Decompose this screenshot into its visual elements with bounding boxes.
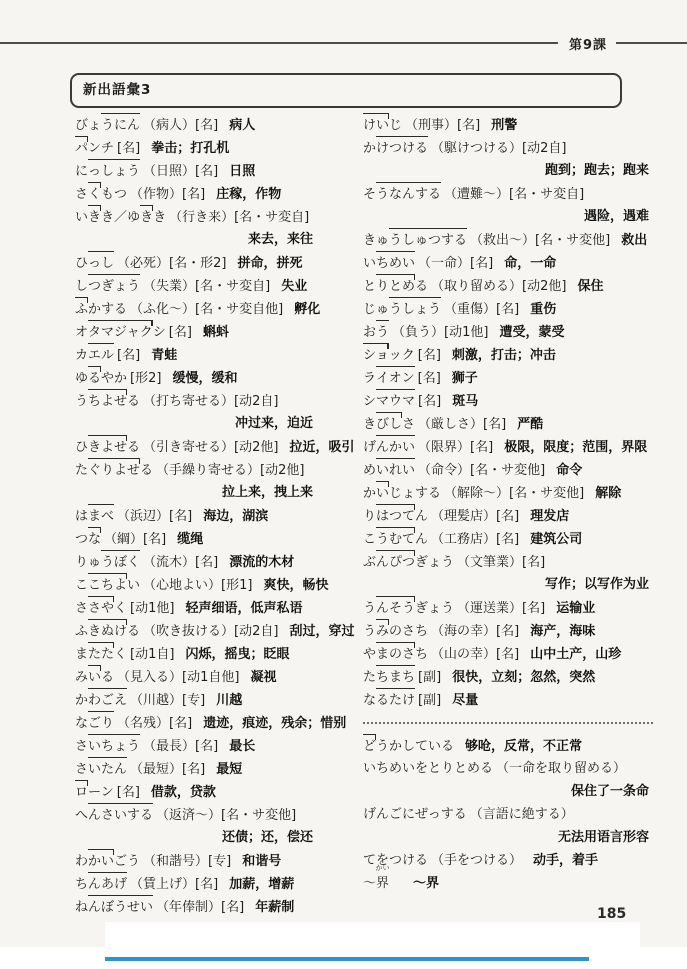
- vocab-annotation: [动1他]: [130, 601, 174, 616]
- kana: りゅ: [75, 551, 101, 574]
- vocab-headword: けいじ: [363, 118, 402, 133]
- vocab-entry: シマウマ[名]斑马: [363, 389, 675, 412]
- kana: う: [75, 390, 88, 413]
- accent-marked-kana: タマジャク: [88, 320, 153, 344]
- vocab-annotation: （救出～）[名・サ変他]: [470, 233, 610, 248]
- vocab-headword: またたく: [75, 647, 127, 662]
- vocab-annotation: [副]: [418, 693, 441, 708]
- kana: る: [127, 620, 140, 643]
- vocab-annotation: [副]: [418, 670, 441, 685]
- section-title-box: 新出語彙3: [70, 73, 622, 108]
- kana: ラ: [363, 367, 376, 390]
- vocab-annotation: （川越）[专]: [130, 693, 205, 708]
- vocab-entry: さくもつ（作物）[名]庄稼，作物: [75, 182, 375, 205]
- accent-marked-kana: きよせ: [88, 435, 127, 459]
- accent-marked-kana: い: [88, 665, 101, 689]
- vocab-headword: かいじょする: [363, 486, 441, 501]
- vocab-gloss: 遗迹，痕迹，残余；惜别: [203, 716, 346, 731]
- accent-marked-kana: うにん: [101, 113, 140, 137]
- vocab-annotation: （駆けつける）[动2自]: [431, 141, 566, 156]
- vocab-gloss: 海边，湖滨: [203, 509, 268, 524]
- vocab-gloss: ～界: [413, 876, 439, 891]
- vocab-headword: うちよせる: [75, 394, 140, 409]
- kana: な: [75, 712, 88, 735]
- vocab-headword: ～かい界: [363, 876, 402, 891]
- kana: ち: [415, 643, 428, 666]
- header-rule-right: [616, 42, 687, 44]
- vocab-entry: じゅうしょう（重傷）[名]重伤: [363, 297, 675, 320]
- vocab-entry: ローン[名]借款，贷款: [75, 780, 375, 803]
- vocab-gloss-continuation: 无法用语言形容: [363, 826, 649, 849]
- kana: そ: [363, 183, 376, 206]
- kana: げ: [363, 436, 376, 459]
- textbook-page: 第9課 新出語彙3 びょうにん（病人）[名]病人パンチ[名]拳击；打孔机にっしょ…: [0, 0, 687, 947]
- accent-marked-kana: ショ: [363, 343, 389, 367]
- vocab-annotation: （理髪店）[名]: [431, 509, 519, 524]
- vocab-gloss: 极限，限度；范围，界限: [504, 440, 647, 455]
- vocab-annotation: （手繰り寄せる）[动2他]: [156, 463, 304, 478]
- accent-marked-kana: こちよ: [88, 573, 127, 597]
- accent-marked-kana: るたけ: [376, 688, 415, 712]
- vocab-gloss: 刺激，打击；冲击: [452, 348, 556, 363]
- vocab-annotation: [动1自]: [130, 647, 174, 662]
- vocab-headword: じゅうしょう: [363, 302, 441, 317]
- vocab-entry: どうかしている够呛，反常，不正常: [363, 734, 675, 757]
- kana: さ: [402, 413, 415, 436]
- vocab-entry: かいじょする（解除～）[名・サ変他]解除: [363, 481, 675, 504]
- vocab-headword: びょうにん: [75, 118, 140, 133]
- kana: こ: [363, 528, 376, 551]
- vocab-entry: こうむてん（工務店）[名]建筑公司: [363, 527, 675, 550]
- kana: に: [75, 160, 88, 183]
- vocab-headword: うみのさち: [363, 624, 428, 639]
- vocab-gloss-continuation: 写作；以写作为业: [363, 573, 649, 596]
- vocab-annotation: （負う）[动1他]: [392, 325, 488, 340]
- kana: る: [127, 436, 140, 459]
- vocab-headword: ひきよせる: [75, 440, 140, 455]
- vocab-entry: ショック[名]刺激，打击；冲击: [363, 343, 675, 366]
- kana: シ: [153, 321, 166, 344]
- vocab-entry: そうなんする（遭難～）[名・サ変自]: [363, 182, 675, 205]
- vocab-entry: てをつける（手をつける）动手，着手: [363, 849, 675, 872]
- accent-marked-kana: わごえ: [88, 688, 127, 712]
- vocab-headword: うんそうぎょう: [363, 601, 454, 616]
- kana: な: [363, 689, 376, 712]
- kana: [389, 872, 402, 895]
- vocab-headword: シマウマ: [363, 394, 415, 409]
- vocab-entry: びょうにん（病人）[名]病人: [75, 113, 375, 136]
- kana: てをつける: [363, 849, 428, 872]
- accent-marked-kana: んぼうせい: [88, 895, 153, 919]
- kana: る: [127, 390, 140, 413]
- vocab-gloss: 保住: [577, 279, 603, 294]
- vocab-gloss: 运输业: [556, 601, 595, 616]
- vocab-annotation: （言語に絶する）: [470, 807, 574, 822]
- accent-marked-kana: んあげ: [88, 872, 127, 896]
- kana: さ: [75, 183, 88, 206]
- vocab-annotation: （行き来）[名・サ変自]: [169, 210, 309, 225]
- vocab-gloss: 斑马: [452, 394, 478, 409]
- vocab-headword: こうむてん: [363, 532, 428, 547]
- vocab-entry: ライオン[名]狮子: [363, 366, 675, 389]
- vocab-gloss: 川越: [216, 693, 242, 708]
- scan-blue-strip: [105, 957, 589, 961]
- vocab-headword: かけつける: [363, 141, 428, 156]
- kana: う: [363, 597, 376, 620]
- vocab-gloss: 孵化: [294, 302, 320, 317]
- accent-marked-kana: うしょう: [389, 297, 441, 321]
- kana: カ: [75, 344, 88, 367]
- vocab-gloss: 解除: [595, 486, 621, 501]
- vocab-annotation: （必死）[名・形2]: [117, 256, 226, 271]
- vocab-entry: げんかい（限界）[名]极限，限度；范围，界限: [363, 435, 675, 458]
- vocab-gloss: 缆绳: [177, 532, 203, 547]
- kana: ーン: [88, 781, 114, 804]
- vocab-entry: めいれい（命令）[名・サ変他]命令: [363, 458, 675, 481]
- vocab-annotation: （手をつける）: [431, 853, 522, 868]
- vocab-annotation: （引き寄せる）[动2他]: [143, 440, 278, 455]
- vocab-gloss: 最长: [229, 739, 255, 754]
- vocab-entry: パンチ[名]拳击；打孔机: [75, 136, 375, 159]
- vocab-headword: ささやく: [75, 601, 127, 616]
- vocab-entry: いちめい（一命）[名]命，一命: [363, 251, 675, 274]
- vocab-annotation: （綱）[名]: [104, 532, 166, 547]
- kana: か: [363, 137, 376, 160]
- vocab-annotation: （工務店）[名]: [431, 532, 519, 547]
- vocab-gloss: 刮过，穿过: [289, 624, 354, 639]
- vocab-gloss-continuation: 还债；还，偿还: [75, 826, 313, 849]
- accent-marked-kana: い: [376, 481, 389, 505]
- vocab-entry: つな（綱）[名]缆绳: [75, 527, 375, 550]
- vocab-gloss: 很快，立刻；忽然，突然: [452, 670, 595, 685]
- vocab-entry: うちよせる（打ち寄せる）[动2自]: [75, 389, 375, 412]
- vocab-entry: りはつてん（理髪店）[名]理发店: [363, 504, 675, 527]
- kana: ぎょう: [415, 597, 454, 620]
- accent-marked-kana: うなんする: [376, 182, 441, 206]
- kana: め: [363, 459, 376, 482]
- vocab-annotation: （一命を取り留める）: [496, 761, 626, 776]
- kana: き: [101, 206, 114, 229]
- accent-marked-kana: ちよせ: [88, 389, 127, 413]
- vocab-annotation: （吹き抜ける）[动2自]: [143, 624, 278, 639]
- vocab-headword: なごり: [75, 716, 114, 731]
- vocab-headword: めいれい: [363, 463, 415, 478]
- vocab-headword: しつぎょう: [75, 279, 140, 294]
- vocab-annotation: （病人）[名]: [143, 118, 218, 133]
- vocab-entry: ちんあげ（賃上げ）[名]加薪，增薪: [75, 872, 375, 895]
- vocab-headword: げんかい: [363, 440, 415, 455]
- vocab-entry: たぐりよせる（手繰り寄せる）[动2他]: [75, 458, 375, 481]
- vocab-headword: オタマジャクシ: [75, 325, 166, 340]
- kana: つ: [75, 528, 88, 551]
- vocab-headword: ふきぬける: [75, 624, 140, 639]
- accent-marked-kana: る: [88, 366, 101, 390]
- vocab-entry: ～かい界 ～界: [363, 872, 675, 895]
- kana: ん: [415, 528, 428, 551]
- vocab-headword: いちめいをとりとめる: [363, 761, 493, 776]
- vocab-annotation: （見入る）[动1自他]: [117, 670, 239, 685]
- accent-marked-kana: さや: [88, 596, 114, 620]
- accent-marked-kana: たた: [88, 642, 114, 666]
- kana: ～: [363, 872, 376, 895]
- accent-marked-kana: き: [88, 205, 101, 229]
- vocab-headword: ここちよい: [75, 578, 140, 593]
- vocab-annotation: （作物）[名]: [130, 187, 205, 202]
- vocab-entry: やまのさち（山の幸）[名]山中土产，山珍: [363, 642, 675, 665]
- vocab-annotation: （和諧号）[专]: [143, 854, 231, 869]
- vocab-gloss: 理发店: [530, 509, 569, 524]
- accent-marked-kana: んかい: [376, 435, 415, 459]
- kana: ふ: [75, 620, 88, 643]
- vocab-entry: ひっし（必死）[名・形2]拼命，拼死: [75, 251, 375, 274]
- vocab-entry: いちめいをとりとめる（一命を取り留める）: [363, 757, 675, 780]
- kana: のさち: [389, 620, 428, 643]
- kana: く: [114, 597, 127, 620]
- kana: う: [363, 620, 376, 643]
- vocab-annotation: （日照）[名]: [143, 164, 218, 179]
- kana: へ: [75, 804, 88, 827]
- vocab-gloss-continuation: 保住了一条命: [363, 780, 649, 803]
- vocab-gloss: 命，一命: [504, 256, 556, 271]
- vocab-gloss-continuation: 跑到；跑去；跑来: [363, 159, 649, 182]
- vocab-gloss: 庄稼，作物: [216, 187, 281, 202]
- vocab-headword: さくもつ: [75, 187, 127, 202]
- kana: た: [75, 459, 88, 482]
- vocab-annotation: （賃上げ）[名]: [130, 877, 218, 892]
- accent-marked-kana: んぴつ: [376, 550, 415, 574]
- vocab-gloss: 爽快，畅快: [263, 578, 328, 593]
- accent-marked-kana: な: [88, 527, 101, 551]
- kana: き: [153, 206, 166, 229]
- kana: る: [101, 666, 114, 689]
- accent-marked-kana: パ: [75, 136, 88, 160]
- vocab-annotation: （打ち寄せる）[动2自]: [143, 394, 278, 409]
- vocab-headword: いきき／ゆきき: [75, 210, 166, 225]
- kana: ゆ: [127, 206, 140, 229]
- accent-marked-kana: マウマ: [376, 389, 415, 413]
- kana: オ: [75, 321, 88, 344]
- kana: ひ: [75, 436, 88, 459]
- vocab-gloss: 狮子: [452, 371, 478, 386]
- vocab-gloss: 建筑公司: [530, 532, 582, 547]
- vocab-entry: とりとめる（取り留める）[动2他]保住: [363, 274, 675, 297]
- kana: わ: [75, 850, 88, 873]
- accent-marked-kana: びし: [376, 412, 402, 436]
- vocab-entry: きゅうしゅつする（救出～）[名・サ変他]救出: [363, 228, 675, 251]
- vocab-annotation: （解除～）[名・サ変他]: [444, 486, 584, 501]
- vocab-annotation: （一命）[名]: [418, 256, 493, 271]
- kana: じょする: [389, 482, 441, 505]
- kana: み: [75, 666, 88, 689]
- kana: や: [363, 643, 376, 666]
- kana: ック: [389, 344, 415, 367]
- kana: ち: [75, 873, 88, 896]
- vocab-gloss: 轻声细语，低声私语: [185, 601, 302, 616]
- vocab-headword: そうなんする: [363, 187, 441, 202]
- accent-marked-kana: ふ: [75, 297, 88, 321]
- vocab-gloss: 闪烁，摇曳；眨眼: [185, 647, 289, 662]
- vocab-entry: なごり（名残）[名]遗迹，痕迹，残余；惜别: [75, 711, 375, 734]
- vocab-gloss: 遭受，蒙受: [499, 325, 564, 340]
- vocab-gloss: 尽量: [452, 693, 478, 708]
- vocab-entry: ぶんぴつぎょう（文筆業）[名]: [363, 550, 675, 573]
- accent-marked-kana: ど: [363, 734, 376, 758]
- vocab-headword: カエル: [75, 348, 114, 363]
- vocab-headword: ふかする: [75, 302, 127, 317]
- kana: シ: [363, 390, 376, 413]
- vocab-entry: またたく[动1自]闪烁，摇曳；眨眼: [75, 642, 375, 665]
- kana: ね: [75, 896, 88, 919]
- vocab-headword: なるたけ: [363, 693, 415, 708]
- kana: く: [114, 643, 127, 666]
- accent-marked-kana: つぎょう: [88, 274, 140, 298]
- kana: か: [75, 689, 88, 712]
- kana: ンチ: [88, 137, 114, 160]
- accent-marked-kana: ちめい: [376, 251, 415, 275]
- vocab-gloss: 缓慢，缓和: [172, 371, 237, 386]
- accent-marked-kana: エル: [88, 343, 114, 367]
- vocab-gloss: 加薪，增薪: [229, 877, 294, 892]
- vocab-entry: にっしょう（日照）[名]日照: [75, 159, 375, 182]
- kanji-with-furigana: かい界: [376, 872, 389, 895]
- vocab-entry: ねんぼうせい（年俸制）[名]年薪制: [75, 895, 375, 918]
- kana: かする: [88, 298, 127, 321]
- vocab-headword: とりとめる: [363, 279, 428, 294]
- vocab-annotation: （山の幸）[名]: [431, 647, 519, 662]
- vocab-headword: てをつける: [363, 853, 428, 868]
- kana: か: [363, 482, 376, 505]
- vocab-annotation: （名残）[名]: [117, 716, 192, 731]
- kana: さ: [75, 758, 88, 781]
- kana: る: [415, 275, 428, 298]
- vocab-gloss: 日照: [229, 164, 255, 179]
- kana: さ: [75, 735, 88, 758]
- page-number: 185: [597, 906, 626, 922]
- vocab-headword: きゅうしゅつする: [363, 233, 467, 248]
- accent-marked-kana: き: [140, 205, 153, 229]
- kana: げんごにぜっする: [363, 803, 467, 826]
- kana: る: [140, 459, 153, 482]
- vocab-annotation: [名]: [418, 348, 441, 363]
- accent-marked-kana: んさいする: [88, 803, 153, 827]
- vocab-annotation: （最長）[名]: [143, 739, 218, 754]
- vocab-annotation: （刑事）[名]: [405, 118, 480, 133]
- vocab-gloss: 严酷: [517, 417, 543, 432]
- vocab-entry: ひきよせる（引き寄せる）[动2他]拉近，吸引: [75, 435, 375, 458]
- furigana: かい: [376, 865, 390, 872]
- section-title: 新出語彙3: [83, 75, 151, 106]
- accent-marked-kana: いれい: [376, 458, 415, 482]
- accent-marked-kana: かい: [88, 849, 114, 873]
- vocab-gloss: 青蛙: [151, 348, 177, 363]
- kana: り: [363, 505, 376, 528]
- vocab-entry: みいる（見入る）[动1自他]凝视: [75, 665, 375, 688]
- vocab-column-left: びょうにん（病人）[名]病人パンチ[名]拳击；打孔机にっしょう（日照）[名]日照…: [75, 113, 375, 918]
- vocab-annotation: （失業）[名・サ変自]: [143, 279, 270, 294]
- vocab-gloss: 病人: [229, 118, 255, 133]
- header-rule-left: [0, 42, 558, 44]
- vocab-entry: わかいごう（和諧号）[专]和谐号: [75, 849, 375, 872]
- vocab-annotation: [名]: [418, 394, 441, 409]
- vocab-entry: しつぎょう（失業）[名・サ変自]失业: [75, 274, 375, 297]
- vocab-headword: りゅうぼく: [75, 555, 140, 570]
- vocab-headword: はまべ: [75, 509, 114, 524]
- vocab-gloss: 最短: [216, 762, 242, 777]
- kana: じゅ: [363, 298, 389, 321]
- accent-marked-kana: きぬけ: [88, 619, 127, 643]
- accent-marked-kana: イオン: [376, 366, 415, 390]
- vocab-headword: ちんあげ: [75, 877, 127, 892]
- vocab-headword: きびしさ: [363, 417, 415, 432]
- vocab-annotation: （運送業）[名]: [457, 601, 545, 616]
- vocab-headword: ライオン: [363, 371, 415, 386]
- vocab-entry: へんさいする（返済～）[名・サ変他]: [75, 803, 375, 826]
- vocab-headword: おう: [363, 325, 389, 340]
- vocab-headword: どうかしている: [363, 739, 454, 754]
- accent-marked-kana: まのさ: [376, 642, 415, 666]
- vocab-annotation: （浜辺）[名]: [117, 509, 192, 524]
- vocab-entry: はまべ（浜辺）[名]海边，湖滨: [75, 504, 375, 527]
- vocab-entry: ささやく[动1他]轻声细语，低声私语: [75, 596, 375, 619]
- accent-marked-kana: うしゅつする: [389, 228, 467, 252]
- vocab-gloss: 重伤: [530, 302, 556, 317]
- kana: い: [75, 206, 88, 229]
- kana: きゅ: [363, 229, 389, 252]
- accent-marked-kana: っし: [88, 251, 114, 275]
- accent-marked-kana: いちょう: [88, 734, 140, 758]
- vocab-annotation: （取り留める）[动2他]: [431, 279, 566, 294]
- accent-marked-kana: りとめ: [376, 274, 415, 298]
- vocab-headword: ローン: [75, 785, 114, 800]
- vocab-annotation: [名]: [117, 348, 140, 363]
- kana: い: [127, 574, 140, 597]
- kana: ぶ: [363, 551, 376, 574]
- vocab-annotation: （ふ化～）[名・サ変自他]: [130, 302, 283, 317]
- vocab-annotation: [形2]: [130, 371, 161, 386]
- vocab-headword: たちまち: [363, 670, 415, 685]
- kana: もつ: [101, 183, 127, 206]
- kana: ん: [415, 505, 428, 528]
- vocab-annotation: （返済～）[名・サ変他]: [156, 808, 296, 823]
- vocab-annotation: [名]: [418, 371, 441, 386]
- vocab-gloss: 借款，贷款: [151, 785, 216, 800]
- accent-marked-kana: く: [88, 182, 101, 206]
- vocab-gloss-continuation: 拉上来，拽上来: [75, 481, 313, 504]
- vocab-gloss: 年薪制: [255, 900, 294, 915]
- vocab-annotation: （心地よい）[形1]: [143, 578, 252, 593]
- accent-marked-kana: ロ: [75, 780, 88, 804]
- vocab-gloss: 漂流的木材: [229, 555, 294, 570]
- vocab-entry: ここちよい（心地よい）[形1]爽快，畅快: [75, 573, 375, 596]
- vocab-headword: へんさいする: [75, 808, 153, 823]
- vocab-entry: きびしさ（厳しさ）[名]严酷: [363, 412, 675, 435]
- vocab-gloss: 动手，着手: [533, 853, 598, 868]
- accent-marked-kana: み: [376, 619, 389, 643]
- vocab-annotation: （重傷）[名]: [444, 302, 519, 317]
- vocab-gloss: 够呛，反常，不正常: [465, 739, 582, 754]
- scan-white-area: [105, 922, 640, 969]
- vocab-annotation: （遭難～）[名・サ変自]: [444, 187, 584, 202]
- vocab-headword: みいる: [75, 670, 114, 685]
- kana: うかしている: [376, 735, 454, 758]
- vocab-gloss: 拼命，拼死: [237, 256, 302, 271]
- vocab-entry: さいたん（最短）[名]最短: [75, 757, 375, 780]
- kana: ま: [75, 643, 88, 666]
- vocab-annotation: [名]: [117, 785, 140, 800]
- kana: びょ: [75, 114, 101, 137]
- vocab-headword: いちめい: [363, 256, 415, 271]
- vocab-entry: うみのさち（海の幸）[名]海产，海味: [363, 619, 675, 642]
